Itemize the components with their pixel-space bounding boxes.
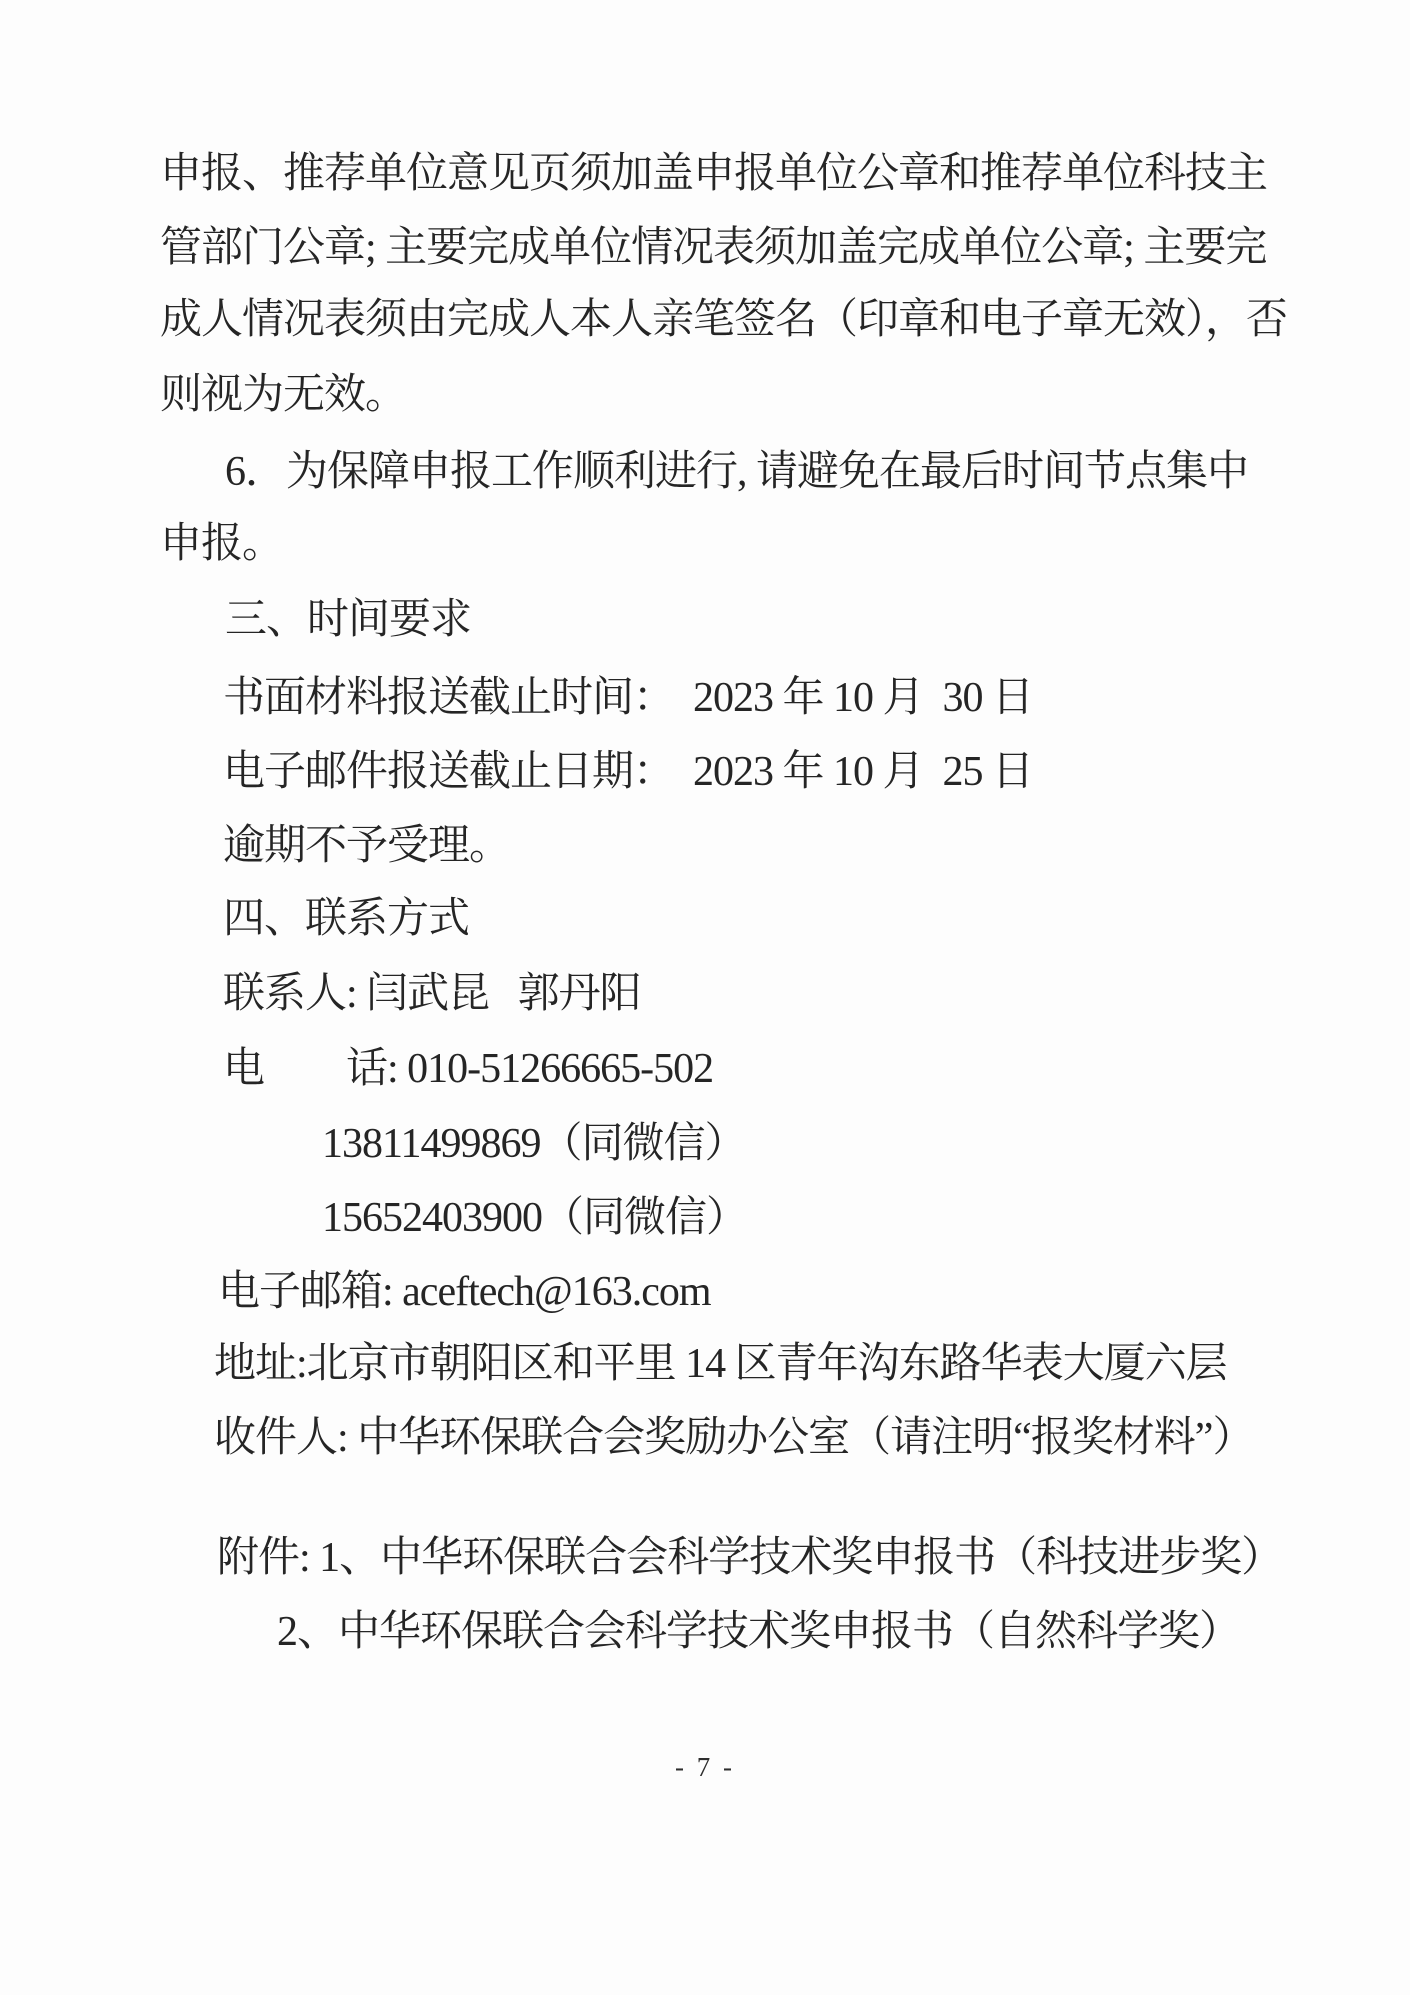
phone-line-2: 13811499869（同微信） — [322, 1120, 745, 1168]
phone-line-3: 15652403900（同微信） — [322, 1194, 747, 1242]
seal-requirement-line-4: 则视为无效。 — [160, 371, 406, 419]
section-heading-time-requirements: 三、时间要求 — [225, 596, 471, 644]
seal-requirement-line-1: 申报、推荐单位意见页须加盖申报单位公章和推荐单位科技主 — [160, 150, 1267, 198]
page-number: - 7 - — [0, 1752, 1410, 1783]
deadline-written-materials: 书面材料报送截止时间： 2023 年 10 月 30 日 — [223, 674, 1033, 722]
overdue-notice: 逾期不予受理。 — [223, 822, 510, 870]
recipient-line: 收件人: 中华环保联合会奖励办公室（请注明“报奖材料”） — [214, 1414, 1253, 1462]
contact-person-line: 联系人: 闫武昆 郭丹阳 — [223, 970, 641, 1018]
email-line: 电子邮箱: aceftech@163.com — [218, 1268, 711, 1316]
deadline-email-submission: 电子邮件报送截止日期： 2023 年 10 月 25 日 — [223, 748, 1033, 796]
section-heading-contact-info: 四、联系方式 — [223, 895, 469, 943]
item-6-line-2: 申报。 — [160, 520, 283, 568]
seal-requirement-line-2: 管部门公章; 主要完成单位情况表须加盖完成单位公章; 主要完 — [160, 224, 1266, 272]
scanned-document-page: 申报、推荐单位意见页须加盖申报单位公章和推荐单位科技主 管部门公章; 主要完成单… — [0, 0, 1410, 1995]
seal-requirement-line-3: 成人情况表须由完成人本人亲笔签名（印章和电子章无效），否 — [160, 296, 1287, 344]
item-6-line-1: 6．为保障申报工作顺利进行, 请避免在最后时间节点集中 — [225, 448, 1248, 496]
attachment-line-2: 2、中华环保联合会科学技术奖申报书（自然科学奖） — [277, 1608, 1240, 1656]
phone-line-1: 电 话: 010-51266665-502 — [223, 1045, 713, 1093]
attachment-line-1: 附件: 1、中华环保联合会科学技术奖申报书（科技进步奖） — [217, 1534, 1282, 1582]
address-line: 地址:北京市朝阳区和平里 14 区青年沟东路华表大厦六层 — [214, 1340, 1227, 1388]
